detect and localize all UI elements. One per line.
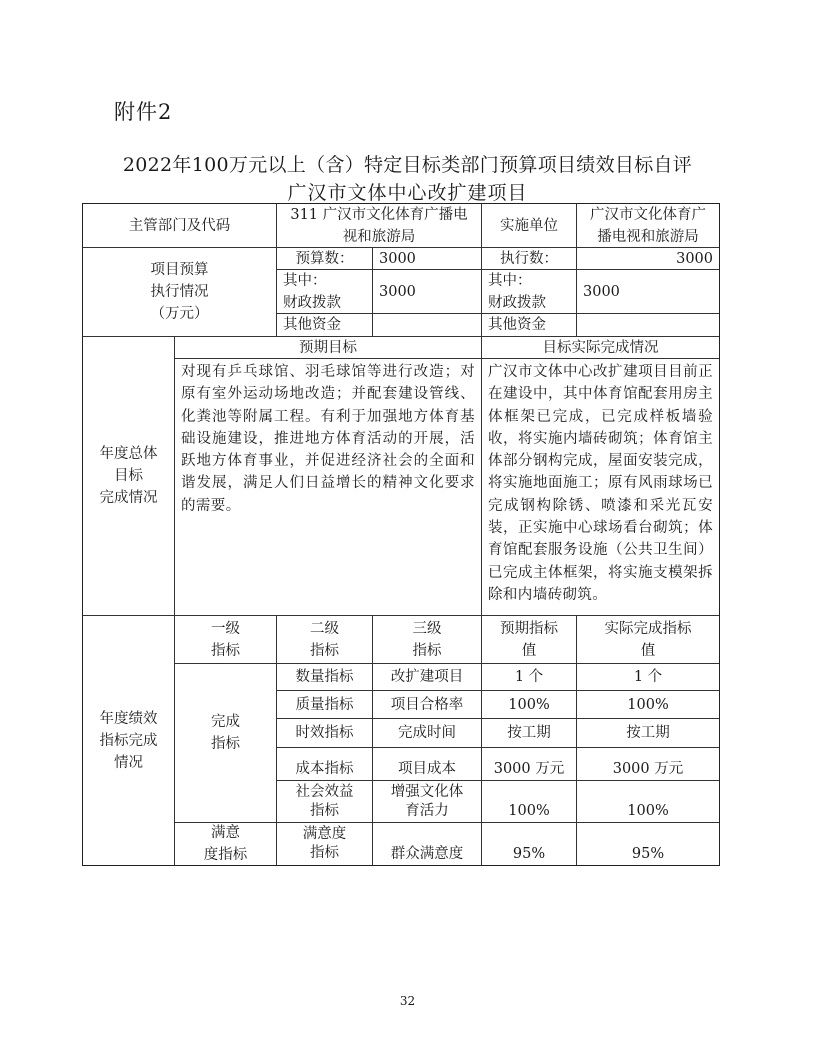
level3-cell: 项目合格率 xyxy=(372,690,482,719)
level2-value: 成本指标 xyxy=(296,758,354,780)
implementer-value: 广汉市文化体育广 播电视和旅游局 xyxy=(590,204,706,248)
level2-cell: 成本指标 xyxy=(276,747,373,781)
expected-cell: 1 个 xyxy=(481,663,577,691)
header-level3: 三级 指标 xyxy=(413,618,442,662)
page-number: 32 xyxy=(0,994,815,1008)
fiscal-budget-value: 3000 xyxy=(379,281,416,303)
exec-amount-value: 3000 xyxy=(676,248,713,270)
level3-cell: 项目成本 xyxy=(372,747,482,781)
budget-label: 项目预算 执行情况 （万元） xyxy=(151,259,209,325)
expected-value: 100% xyxy=(508,694,549,716)
expected-cell: 95% xyxy=(481,822,577,866)
performance-label-cell: 年度绩效 指标完成 情况 xyxy=(82,615,175,866)
fiscal-exec-value: 3000 xyxy=(583,281,620,303)
expected-target-header: 预期目标 xyxy=(299,337,357,359)
header-actual-cell: 实际完成指标 值 xyxy=(576,615,720,664)
expected-value: 3000 万元 xyxy=(494,758,565,780)
level2-value: 时效指标 xyxy=(296,722,354,744)
level3-value: 群众满意度 xyxy=(391,843,464,865)
expected-cell: 按工期 xyxy=(481,718,577,748)
header-level3-cell: 三级 指标 xyxy=(372,615,482,664)
implementer-label: 实施单位 xyxy=(500,215,558,237)
header-level1: 一级 指标 xyxy=(211,618,240,662)
fiscal-exec-label-cell: 其中： 财政拨款 xyxy=(481,269,577,314)
department-label: 主管部门及代码 xyxy=(129,215,231,237)
exec-amount-label-cell: 执行数： xyxy=(481,247,577,270)
header-expected: 预期指标 值 xyxy=(500,618,558,662)
budget-amount-label-cell: 预算数： xyxy=(276,247,373,270)
budget-label-cell: 项目预算 执行情况 （万元） xyxy=(82,247,277,337)
actual-cell: 按工期 xyxy=(576,718,720,748)
other-funds-label-cell: 其他资金 xyxy=(276,313,373,337)
level3-cell: 群众满意度 xyxy=(372,822,482,866)
header-expected-cell: 预期指标 值 xyxy=(481,615,577,664)
expected-cell: 3000 万元 xyxy=(481,747,577,781)
group-completion-label: 完成 指标 xyxy=(211,711,240,755)
other-funds-exec-label-cell: 其他资金 xyxy=(481,313,577,337)
level2-value: 社会效益 指标 xyxy=(296,783,354,821)
level2-cell: 质量指标 xyxy=(276,690,373,719)
actual-target-text: 广汉市文体中心改扩建项目目前正在建设中，其中体育馆配套用房主体框架已完成，已完成… xyxy=(488,361,713,606)
annual-target-label-cell: 年度总体 目标 完成情况 xyxy=(82,336,175,616)
header-level2-cell: 二级 指标 xyxy=(276,615,373,664)
group-satisfaction-cell: 满意 度指标 xyxy=(174,822,277,866)
attachment-label: 附件2 xyxy=(114,96,172,126)
actual-cell: 1 个 xyxy=(576,663,720,691)
actual-value: 3000 万元 xyxy=(613,758,684,780)
header-level1-cell: 一级 指标 xyxy=(174,615,277,664)
fiscal-exec-value-cell: 3000 xyxy=(576,269,720,314)
exec-amount-label: 执行数： xyxy=(500,248,558,270)
level3-value: 项目成本 xyxy=(398,758,456,780)
expected-value: 100% xyxy=(508,800,549,822)
expected-cell: 100% xyxy=(481,780,577,823)
implementer-value-cell: 广汉市文化体育广 播电视和旅游局 xyxy=(576,203,720,248)
fiscal-label-cell: 其中： 财政拨款 xyxy=(276,269,373,314)
actual-cell: 3000 万元 xyxy=(576,747,720,781)
other-funds-label: 其他资金 xyxy=(283,314,341,336)
expected-target-text-cell: 对现有乒乓球馆、羽毛球馆等进行改造；对原有室外运动场地改造；并配套建设管线、化粪… xyxy=(174,358,482,616)
level2-cell: 满意度 指标 xyxy=(276,822,373,866)
group-satisfaction-label: 满意 度指标 xyxy=(204,822,248,866)
budget-amount-value: 3000 xyxy=(379,248,416,270)
actual-cell: 100% xyxy=(576,690,720,719)
level2-cell: 时效指标 xyxy=(276,718,373,748)
expected-target-text: 对现有乒乓球馆、羽毛球馆等进行改造；对原有室外运动场地改造；并配套建设管线、化粪… xyxy=(181,361,475,517)
level2-cell: 社会效益 指标 xyxy=(276,780,373,823)
expected-target-header-cell: 预期目标 xyxy=(174,336,482,359)
performance-label: 年度绩效 指标完成 情况 xyxy=(100,708,158,774)
expected-value: 按工期 xyxy=(507,722,551,744)
actual-value: 100% xyxy=(627,694,668,716)
expected-value: 95% xyxy=(513,843,545,865)
actual-value: 1 个 xyxy=(634,666,662,688)
other-funds-budget-cell xyxy=(372,313,482,337)
level3-cell: 完成时间 xyxy=(372,718,482,748)
level3-value: 项目合格率 xyxy=(391,694,464,716)
department-value: 311 广汉市文化体育广播电 视和旅游局 xyxy=(290,204,467,248)
level3-value: 改扩建项目 xyxy=(391,666,464,688)
header-actual: 实际完成指标 值 xyxy=(605,618,692,662)
department-label-cell: 主管部门及代码 xyxy=(82,203,277,248)
actual-value: 按工期 xyxy=(626,722,670,744)
annual-target-label: 年度总体 目标 完成情况 xyxy=(100,443,158,509)
budget-amount-label: 预算数： xyxy=(296,248,354,270)
other-funds-exec-label: 其他资金 xyxy=(488,314,546,336)
actual-value: 95% xyxy=(632,843,664,865)
actual-target-header: 目标实际完成情况 xyxy=(543,337,659,359)
level3-value: 完成时间 xyxy=(398,722,456,744)
group-completion-cell: 完成 指标 xyxy=(174,663,277,823)
actual-target-text-cell: 广汉市文体中心改扩建项目目前正在建设中，其中体育馆配套用房主体框架已完成，已完成… xyxy=(481,358,720,616)
level2-value: 数量指标 xyxy=(296,666,354,688)
actual-cell: 95% xyxy=(576,822,720,866)
other-funds-exec-cell xyxy=(576,313,720,337)
fiscal-budget-value-cell: 3000 xyxy=(372,269,482,314)
fiscal-exec-label: 其中： 财政拨款 xyxy=(488,270,546,314)
project-title: 广汉市文体中心改扩建项目 xyxy=(0,178,815,205)
header-level2: 二级 指标 xyxy=(310,618,339,662)
department-value-cell: 311 广汉市文化体育广播电 视和旅游局 xyxy=(276,203,482,248)
budget-amount-value-cell: 3000 xyxy=(372,247,482,270)
actual-target-header-cell: 目标实际完成情况 xyxy=(481,336,720,359)
level2-value: 质量指标 xyxy=(296,694,354,716)
fiscal-label: 其中： 财政拨款 xyxy=(283,270,341,314)
exec-amount-value-cell: 3000 xyxy=(576,247,720,270)
implementer-label-cell: 实施单位 xyxy=(481,203,577,248)
level2-value: 满意度 指标 xyxy=(303,825,347,863)
actual-value: 100% xyxy=(627,800,668,822)
level3-cell: 改扩建项目 xyxy=(372,663,482,691)
actual-cell: 100% xyxy=(576,780,720,823)
level3-value: 增强文化体 育活力 xyxy=(391,783,464,821)
expected-value: 1 个 xyxy=(515,666,543,688)
document-title: 2022年100万元以上（含）特定目标类部门预算项目绩效目标自评 xyxy=(0,150,815,177)
expected-cell: 100% xyxy=(481,690,577,719)
level3-cell: 增强文化体 育活力 xyxy=(372,780,482,823)
level2-cell: 数量指标 xyxy=(276,663,373,691)
